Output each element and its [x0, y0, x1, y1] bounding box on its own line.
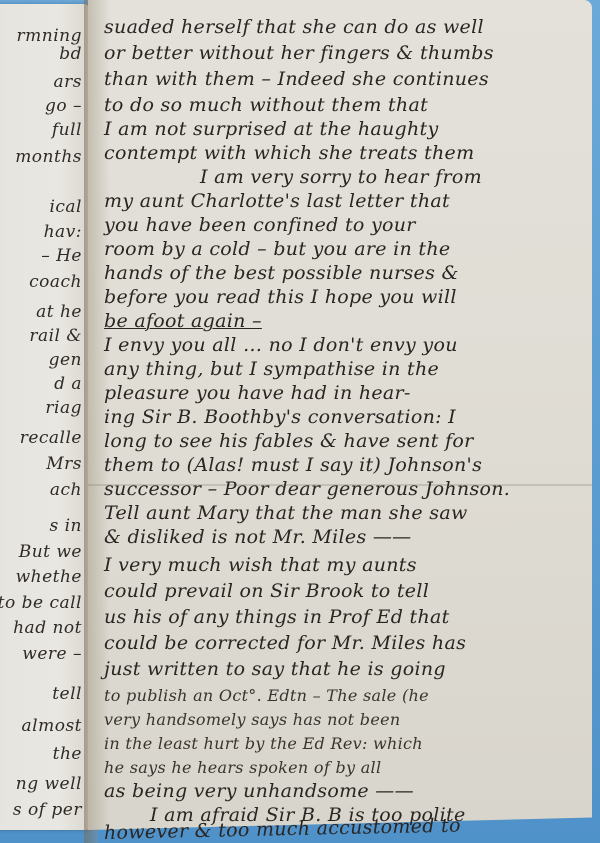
letter-line: long to see his fables & have sent for: [104, 430, 473, 452]
letter-line: any thing, but I sympathise in the: [104, 358, 439, 380]
left-fragment: recalle: [20, 428, 82, 448]
left-fragment: ical: [49, 197, 82, 217]
letter-line: he says he hears spoken of by all: [104, 758, 381, 777]
left-fragment: s of per: [13, 800, 82, 820]
letter-line: could prevail on Sir Brook to tell: [104, 580, 429, 602]
letter-line: to publish an Oct°. Edtn – The sale (he: [104, 686, 429, 705]
left-fragment: But we: [19, 542, 82, 562]
left-fragment: the: [53, 744, 82, 764]
left-fragment: ng well: [16, 774, 82, 794]
letter-line: I am very sorry to hear from: [200, 166, 482, 188]
letter-line: I very much wish that my aunts: [104, 554, 417, 576]
letter-line: than with them – Indeed she continues: [104, 68, 489, 90]
letter-line: pleasure you have had in hear-: [104, 382, 411, 404]
left-fragment: riag: [45, 398, 82, 418]
left-fragment: coach: [29, 272, 82, 292]
left-fragment: tell: [52, 684, 82, 704]
letter-line: in the least hurt by the Ed Rev: which: [104, 734, 423, 753]
letter-line: as being very unhandsome ——: [104, 780, 414, 802]
left-page: rmning bd ars go – full months ical hav:…: [0, 4, 90, 830]
left-fragment: Mrs: [46, 454, 82, 474]
letter-line: hands of the best possible nurses &: [104, 262, 459, 284]
letter-line: us his of any things in Prof Ed that: [104, 606, 450, 628]
letter-line: very handsomely says has not been: [104, 710, 400, 729]
left-fragment: gen: [49, 350, 82, 370]
letter-line: before you read this I hope you will: [104, 286, 457, 308]
left-fragment: rail &: [29, 326, 82, 346]
left-fragment: – He: [41, 246, 82, 266]
letter-line: you have been confined to your: [104, 214, 416, 236]
left-fragment: ach: [50, 480, 82, 500]
left-fragment: hav:: [44, 222, 82, 242]
left-fragment: ars: [54, 72, 83, 92]
letter-line: them to (Alas! must I say it) Johnson's: [104, 454, 482, 476]
letter-line: & disliked is not Mr. Miles ——: [104, 526, 411, 548]
left-fragment: go –: [45, 96, 82, 116]
left-fragment: full: [52, 120, 82, 140]
left-fragment: at he: [36, 302, 82, 322]
letter-line: I envy you all … no I don't envy you: [104, 334, 458, 356]
left-fragment: d a: [54, 374, 82, 394]
letter-line: suaded herself that she can do as well: [104, 16, 484, 38]
letter-line: to do so much without them that: [104, 94, 428, 116]
letter-line: be afoot again –: [104, 310, 262, 332]
left-fragment: bd: [59, 44, 82, 64]
left-fragment: s in: [49, 516, 82, 536]
letter-line: my aunt Charlotte's last letter that: [104, 190, 450, 212]
left-fragment: had not: [13, 618, 82, 638]
left-fragment: almost: [22, 716, 82, 736]
letter-line: or better without her fingers & thumbs: [104, 42, 494, 64]
letter-line: room by a cold – but you are in the: [104, 238, 450, 260]
left-fragment: rmning: [17, 26, 82, 46]
left-fragment: were –: [22, 644, 82, 664]
letter-line: could be corrected for Mr. Miles has: [104, 632, 466, 654]
letter-line: successor – Poor dear generous Johnson.: [104, 478, 510, 500]
letter-line: ing Sir B. Boothby's conversation: I: [104, 406, 456, 428]
letter-line: just written to say that he is going: [104, 658, 446, 680]
letter-line: I am not surprised at the haughty: [104, 118, 439, 140]
letter-line: Tell aunt Mary that the man she saw: [104, 502, 468, 524]
photo-scene: rmning bd ars go – full months ical hav:…: [0, 0, 600, 843]
left-fragment: whethe: [16, 567, 82, 587]
letter-line: contempt with which she treats them: [104, 142, 474, 164]
left-fragment: to be call: [0, 593, 82, 613]
left-fragment: months: [15, 147, 82, 167]
